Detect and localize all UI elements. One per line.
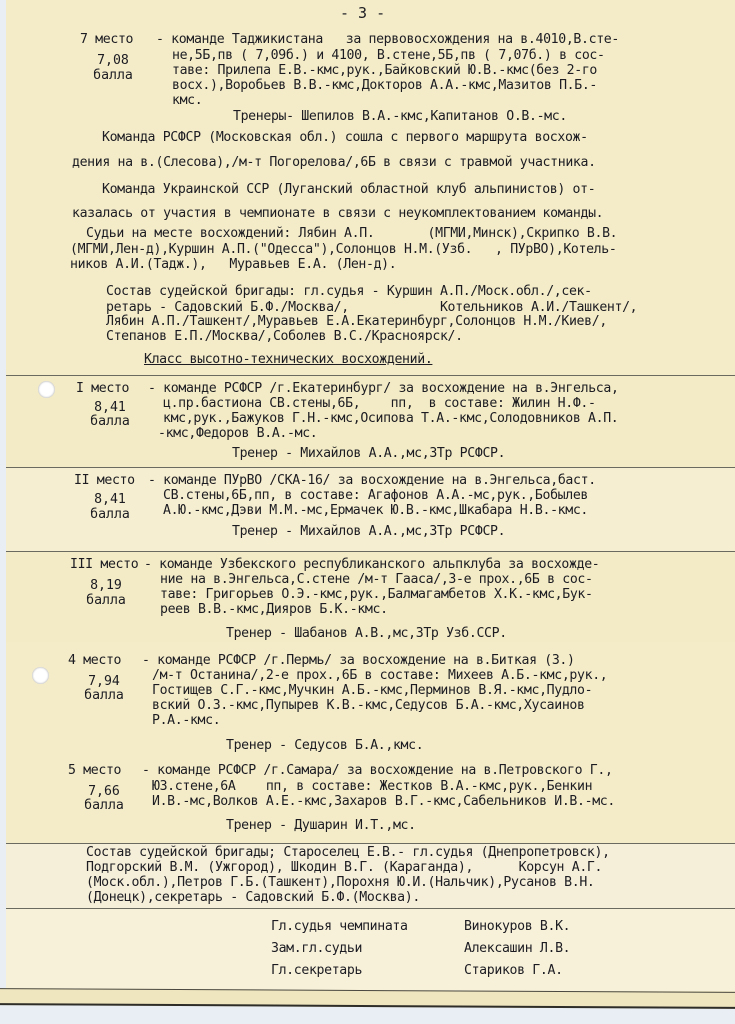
entry-line: - команде Узбекского республиканского ал…	[144, 557, 599, 573]
place-label: III место	[70, 557, 138, 573]
note-line: казалась от участия в чемпионате в связи…	[72, 206, 603, 222]
entry-line: Р.А.-кмс.	[152, 713, 220, 729]
score-unit: балла	[80, 414, 140, 429]
entry-line: А.Ю.-кмс,Дэви М.М.-мс,Ермачек Ю.В.-кмс,Ш…	[163, 503, 588, 519]
signature-role: Гл.секретарь	[271, 963, 362, 979]
entry-line: кмс,рук.,Бажуков Г.Н.-кмс,Осипова Т.А.-к…	[163, 411, 618, 427]
place-label: 7 место	[80, 32, 133, 48]
place-label: I место	[76, 381, 129, 397]
score-unit: балла	[74, 798, 134, 813]
entry-line: /м-т Останина/,2-е прох.,6Б в составе: М…	[152, 668, 607, 684]
note-line: Судьи на месте восхождений: Лябин А.П. (…	[86, 226, 617, 242]
entry-line: Гостищев С.Г.-кмс,Мучкин А.Б.-кмс,Пермин…	[152, 683, 592, 699]
entry-line: - команде РСФСР /г.Пермь/ за восхождение…	[142, 653, 575, 669]
judges-line: Подгорский В.М. (Ужгород), Шкодин В.Г. (…	[86, 860, 602, 876]
signature-role: Гл.судья чемпината	[271, 919, 408, 935]
score-unit: балла	[74, 688, 134, 703]
trainer-line: Тренер - Михайлов А.А.,мс,ЗТр РСФСР.	[232, 446, 505, 462]
score-value: 7,94	[74, 674, 134, 689]
place-label: 4 место	[68, 653, 121, 669]
score-value: 8,41	[80, 400, 140, 415]
score-unit: балла	[83, 68, 143, 83]
page-number: - 3 -	[340, 4, 385, 22]
score-value: 8,41	[80, 492, 140, 507]
trainer-line: Тренер - Душарин И.Т.,мс.	[226, 818, 416, 834]
judges-line: Состав судейской бригады; Староселец Е.В…	[86, 845, 610, 861]
place-label: 5 место	[68, 763, 121, 779]
note-line: Команда РСФСР (Московская обл.) сошла с …	[102, 130, 588, 146]
note-line: Команда Украинской ССР (Луганский област…	[102, 182, 595, 198]
score-unit: балла	[76, 593, 136, 608]
signature-name: Алексашин Л.В.	[464, 941, 570, 957]
score-unit: балла	[80, 507, 140, 522]
entry-line: - команде РСФСР /г.Самара/ за восхождени…	[142, 763, 613, 779]
note-line: дения на в.(Слесова),/м-т Погорелова/,6Б…	[72, 155, 596, 171]
signature-name: Винокуров В.К.	[464, 919, 570, 935]
entry-line: таве: Прилепа Е.В.-кмс,рук.,Байковский Ю…	[172, 63, 597, 79]
note-line: Состав судейской бригады: гл.судья - Кур…	[106, 284, 592, 300]
signature-role: Зам.гл.судьи	[271, 941, 362, 957]
entry-line: СВ.стены,6Б,пп, в составе: Агафонов А.А.…	[163, 488, 588, 504]
score-value: 8,19	[76, 578, 136, 593]
note-line: (МГМИ,Лен-д),Куршин А.П.("Одесса"),Солон…	[70, 242, 616, 258]
entry-line: кмс.	[172, 93, 202, 109]
page-bottom-edge	[0, 988, 735, 1009]
entry-line: ние на в.Энгельса,С.стене /м-т Гааса/,3-…	[160, 572, 593, 588]
entry-line: ц.пр.бастиона СВ.стены,6Б, пп, в составе…	[163, 396, 596, 412]
entry-line: таве: Григорьев О.Э.-кмс,рук.,Балмагамбе…	[160, 587, 593, 603]
entry-line: не,5Б,пв ( 7,09б.) и 4100, В.стене,5Б,пв…	[172, 48, 605, 64]
note-line: ников А.И.(Тадж.), Муравьев Е.А. (Лен-д)…	[70, 257, 396, 273]
score-value: 7,08	[83, 53, 143, 68]
entry-line: - команде Таджикистана за первовосхожден…	[156, 32, 619, 48]
entry-line: - команде ПУрВО /СКА-16/ за восхождение …	[148, 473, 596, 489]
punch-hole	[32, 667, 49, 684]
score-value: 7,66	[74, 784, 134, 799]
punch-hole	[38, 381, 55, 398]
trainer-line: Тренеры- Шепилов В.А.-кмс,Капитанов О.В.…	[233, 109, 567, 125]
entry-line: ЮЗ.стене,6А пп, в составе: Жестков В.А.-…	[152, 779, 592, 795]
entry-line: восх.),Воробьев В.В.-кмс,Докторов А.А.-к…	[172, 78, 597, 94]
entry-line: реев В.В.-кмс,Дияров Б.К.-кмс.	[160, 602, 388, 618]
note-line: Лябин А.П./Ташкент/,Муравьев Е.А.Екатери…	[106, 314, 607, 330]
judges-line: (Донецк),секретарь - Садовский Б.Ф.(Моск…	[86, 890, 420, 906]
section-heading: Класс высотно-технических восхождений.	[144, 352, 432, 368]
signature-name: Стариков Г.А.	[464, 963, 563, 979]
judges-line: (Моск.обл.),Петров Г.Б.(Ташкент),Порохня…	[86, 875, 595, 891]
trainer-line: Тренер - Михайлов А.А.,мс,ЗТр РСФСР.	[232, 524, 505, 540]
entry-line: И.В.-мс,Волков А.Е.-кмс,Захаров В.Г.-кмс…	[152, 794, 615, 810]
place-label: II место	[74, 473, 135, 489]
trainer-line: Тренер - Шабанов А.В.,мс,ЗТр Узб.ССР.	[226, 626, 507, 642]
entry-line: вский О.З.-кмс,Пупырев К.В.-кмс,Седусов …	[152, 698, 585, 714]
entry-line: -кмс,Федоров В.А.-мс.	[158, 426, 317, 442]
note-line: Степанов Е.П./Москва/,Соболев В.С./Красн…	[106, 329, 463, 345]
entry-line: - команде РСФСР /г.Екатеринбург/ за восх…	[148, 381, 619, 397]
trainer-line: Тренер - Седусов Б.А.,кмс.	[226, 738, 423, 754]
